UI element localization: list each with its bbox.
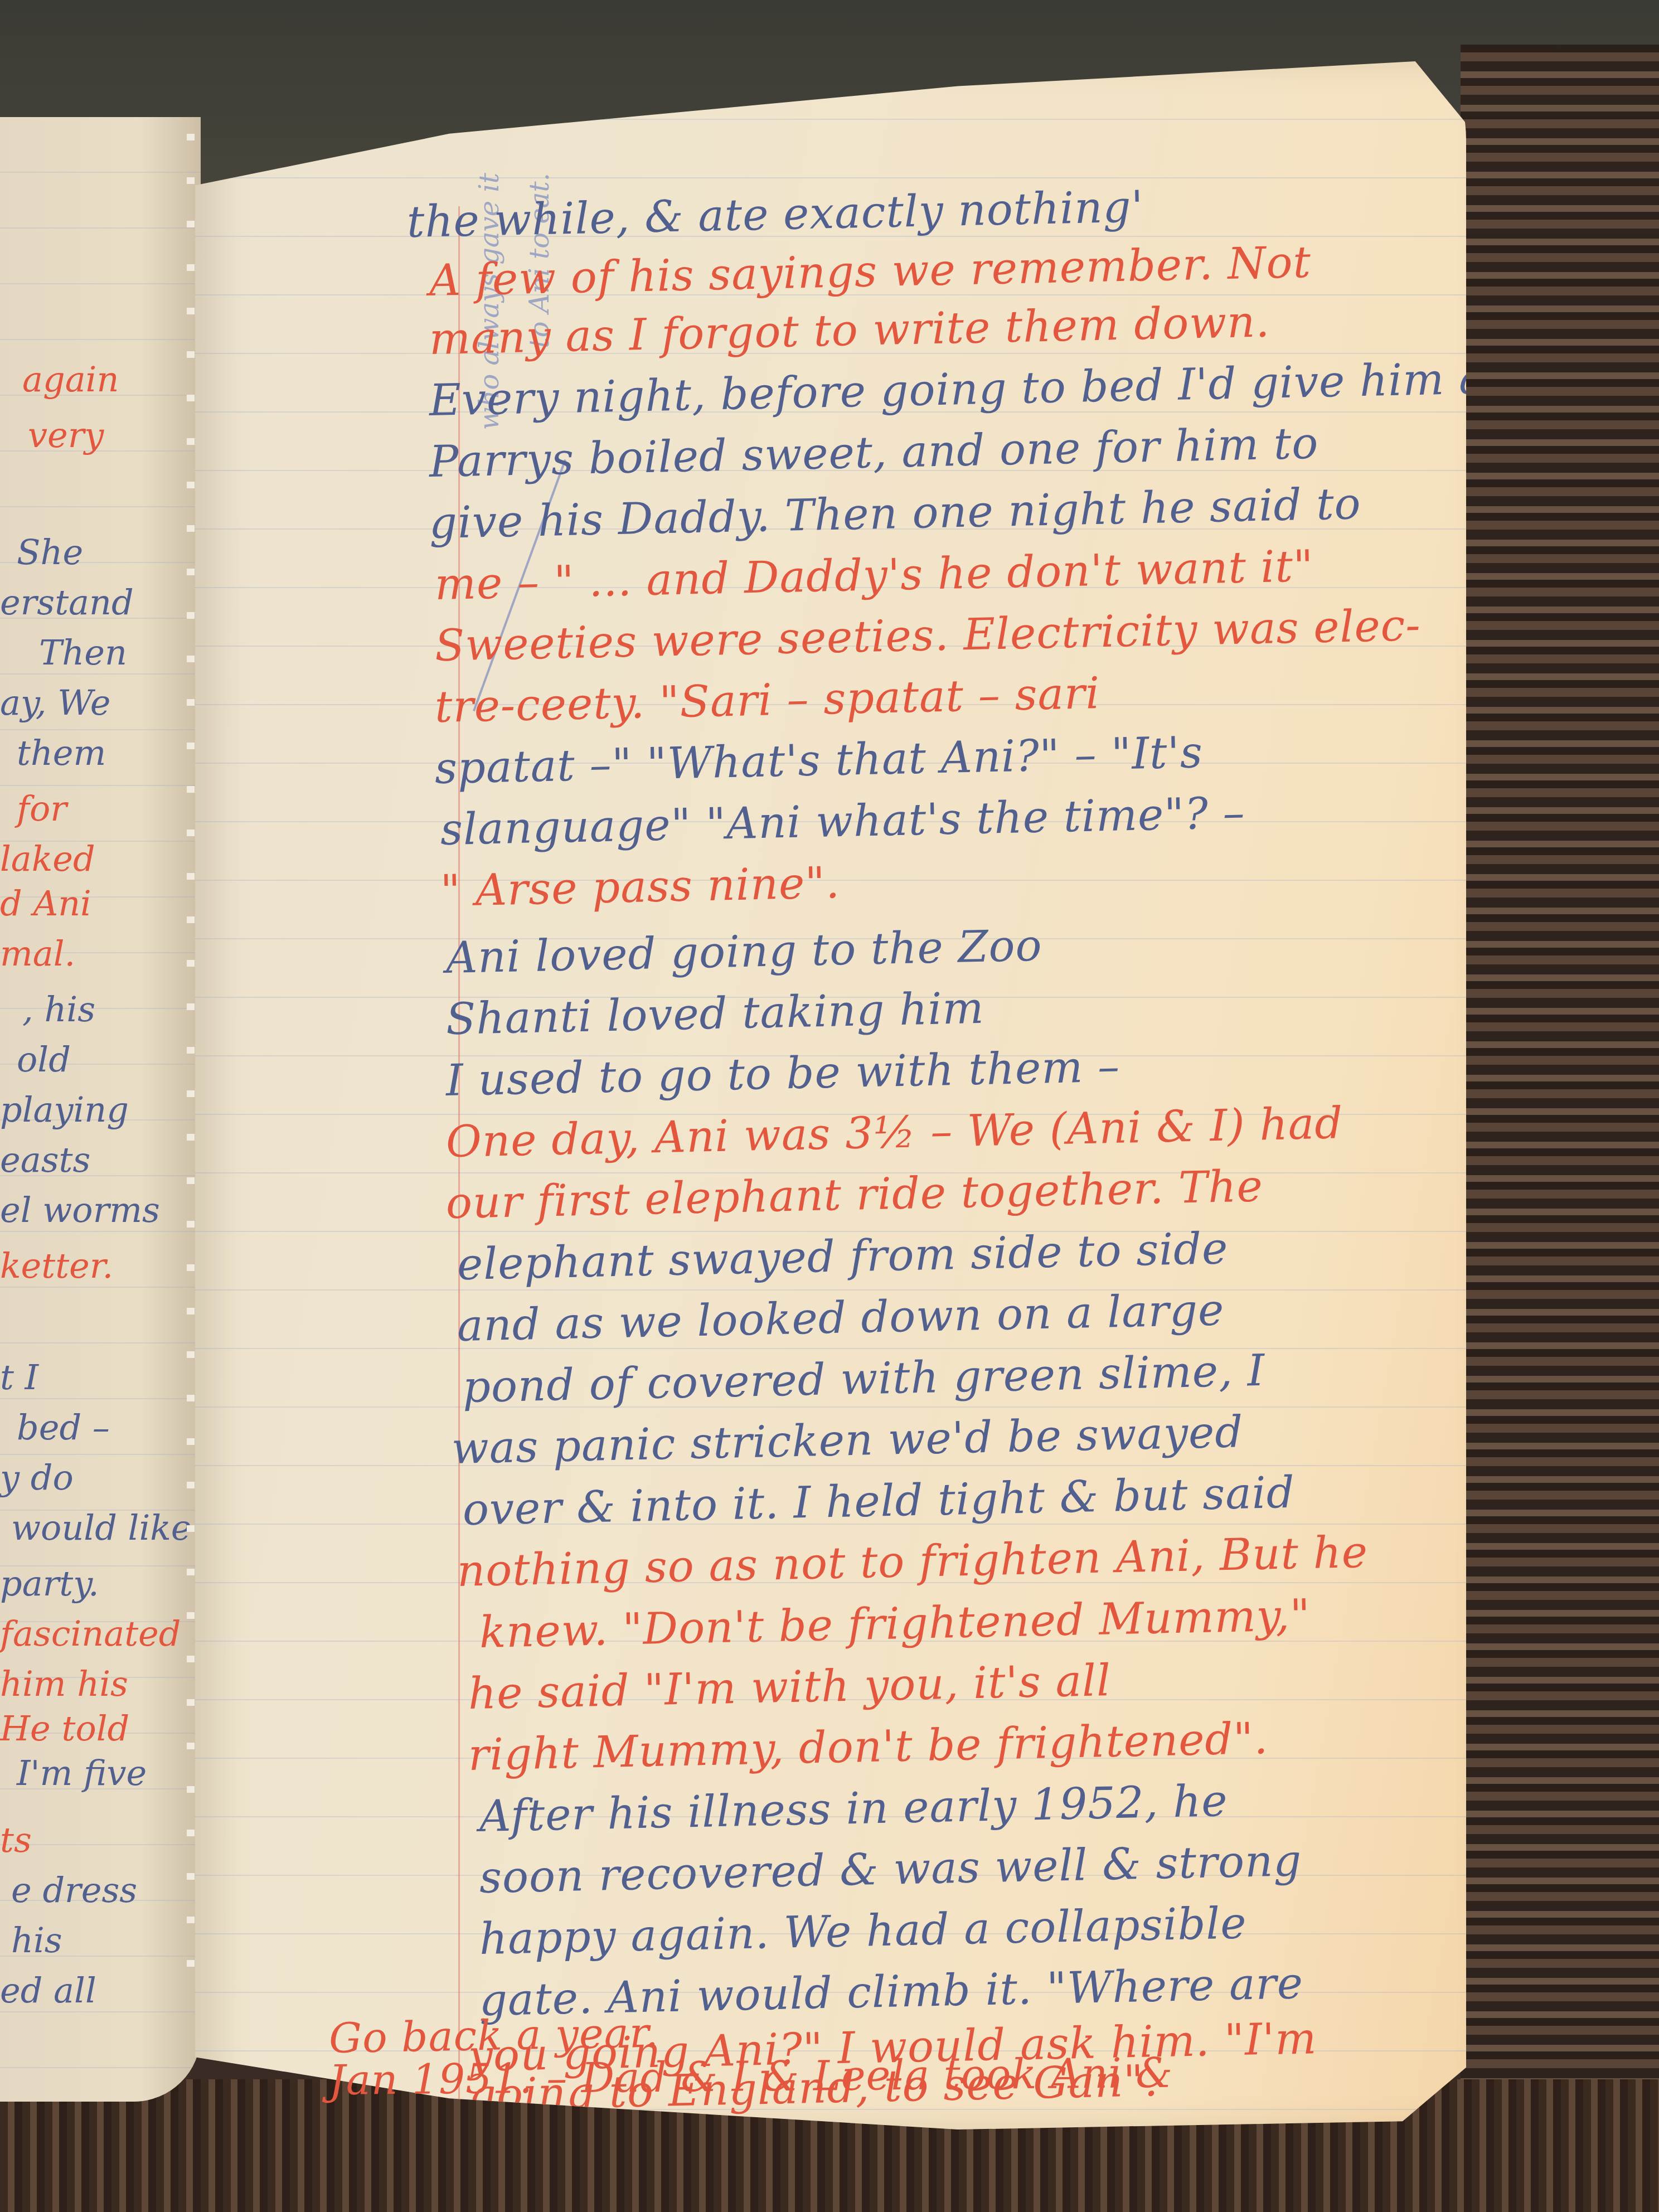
text-line: and as we looked down on a large [457, 1288, 1225, 1348]
left-fragment: y do [0, 1461, 74, 1495]
left-fragment: I'm five [17, 1756, 147, 1791]
text-line: knew. "Don't be frightened Mummy," [479, 1594, 1311, 1655]
left-fragment: ay, We [0, 686, 111, 720]
handwritten-text: the while, & ate exactly nothing' A few … [195, 61, 1466, 2129]
text-line: Ani loved going to the Zoo [445, 924, 1042, 980]
left-fragment: erstand [0, 585, 134, 620]
left-fragment: e dress [11, 1873, 137, 1908]
left-fragment: would like [11, 1511, 191, 1545]
left-fragment: laked [0, 842, 95, 876]
text-line: many as I forgot to write them down. [429, 300, 1270, 361]
text-line: give his Daddy. Then one night he said t… [429, 482, 1361, 545]
left-fragment: ketter. [0, 1249, 113, 1283]
left-fragment: d Ani [0, 886, 91, 921]
left-fragment: them [17, 736, 106, 770]
left-fragment: mal. [0, 937, 75, 971]
left-fragment: ts [0, 1823, 32, 1857]
text-line: he said "I'm with you, it's all [468, 1659, 1112, 1716]
notebook-page: who always gave it to Ani to eat. the wh… [195, 61, 1466, 2129]
left-fragment: Then [39, 636, 127, 670]
text-line: Every night, before going to bed I'd giv… [429, 357, 1486, 423]
text-line: nothing so as not to frighten Ani, But h… [457, 1531, 1368, 1593]
text-line: me – " ... and Daddy's he don't want it" [434, 545, 1314, 607]
text-line: slanguage" "Ani what's the time"? – [440, 792, 1245, 852]
left-fragment: very [28, 418, 104, 453]
left-fragment: She [17, 535, 83, 570]
text-line: One day, Ani was 3½ – We (Ani & I) had [445, 1102, 1343, 1164]
text-line: " Arse pass nine". [440, 861, 840, 913]
text-line: soon recovered & was well & strong [479, 1839, 1302, 1900]
left-fragment: playing [0, 1093, 129, 1127]
text-line: happy again. We had a collapsible [479, 1901, 1247, 1961]
text-line: Go back a year. [328, 2012, 659, 2059]
left-fragment: his [11, 1923, 62, 1958]
text-line: pond of covered with green slime, I [462, 1349, 1265, 1409]
left-fragment: ed all [0, 1973, 96, 2008]
left-fragment: bed – [17, 1410, 110, 1445]
text-line: was panic stricken we'd be swayed [451, 1410, 1244, 1471]
text-line: Jan 1951. – Dad & I & Leela took Ani & [329, 2053, 1173, 2101]
left-fragment: easts [0, 1143, 90, 1177]
left-fragment: t I [0, 1360, 38, 1395]
text-line: A few of his sayings we remember. Not [429, 241, 1311, 303]
left-fragment: for [17, 792, 67, 826]
left-fragment: fascinated [0, 1617, 181, 1651]
text-line: Shanti loved taking him [445, 987, 984, 1041]
left-fragment: He told [0, 1711, 129, 1746]
text-line: tre-ceety. "Sari – spatat – sari [434, 672, 1100, 729]
text-line: the while, & ate exactly nothing' [406, 185, 1144, 244]
left-fragment: el worms [0, 1193, 160, 1228]
left-fragment: party. [0, 1566, 99, 1601]
binding-stitches [187, 134, 195, 1973]
text-line: our first elephant ride together. The [445, 1165, 1263, 1225]
left-fragment: him his [0, 1667, 128, 1701]
left-fragment: , his [22, 992, 95, 1027]
text-line: I used to go to be with them – [445, 1045, 1120, 1103]
text-line: Parrys boiled sweet, and one for him to [429, 422, 1319, 484]
text-line: right Mummy, don't be frightened". [468, 1717, 1269, 1777]
left-fragment: old [17, 1042, 71, 1077]
text-line: spatat –" "What's that Ani?" – "It's [434, 731, 1203, 790]
left-fragment: again [22, 362, 119, 397]
text-line: After his illness in early 1952, he [479, 1779, 1228, 1839]
background-wood-grain-right [1461, 45, 1659, 2212]
left-notebook-page: again very She erstand Then ay, We them … [0, 117, 201, 2102]
text-line: over & into it. I held tight & but said [462, 1471, 1295, 1532]
text-line: Sweeties were seeties. Electricity was e… [434, 604, 1421, 668]
text-line: elephant swayed from side to side [457, 1227, 1229, 1287]
